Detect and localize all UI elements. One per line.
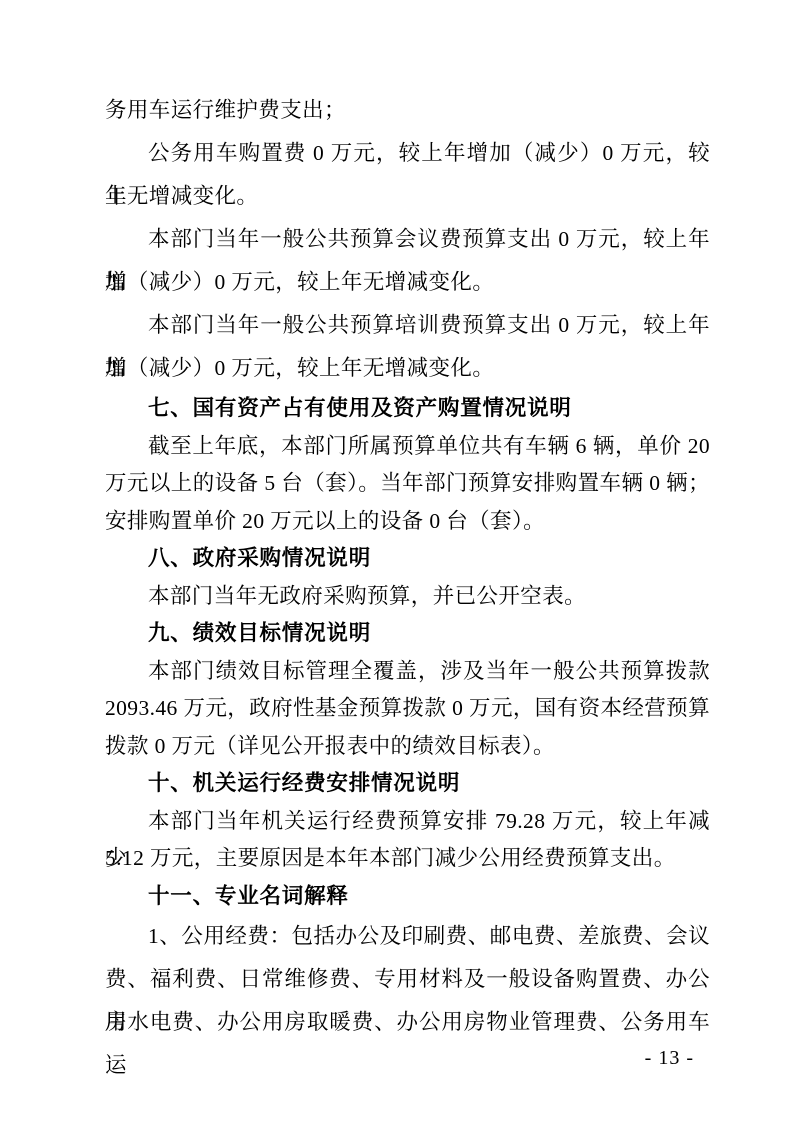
document-page: 务用车运行维护费支出；公务用车购置费 0 万元，较上年增加（减少）0 万元，较上… (0, 0, 793, 1122)
text-line: 2093.46 万元，政府性基金预算拨款 0 万元，国有资本经营预算 (105, 690, 710, 728)
text-line: 安排购置单价 20 万元以上的设备 0 台（套）。 (105, 503, 710, 541)
text-line: 5.12 万元，主要原因是本年本部门减少公用经费预算支出。 (105, 840, 710, 878)
section-heading: 九、绩效目标情况说明 (105, 615, 710, 653)
page-number: - 13 - (105, 1045, 694, 1071)
document-body: 务用车运行维护费支出；公务用车购置费 0 万元，较上年增加（减少）0 万元，较上… (105, 89, 710, 1071)
text-line: 本部门绩效目标管理全覆盖，涉及当年一般公共预算拨款 (105, 653, 710, 691)
text-line: 本部门当年一般公共预算会议费预算支出 0 万元，较上年增 (105, 218, 710, 261)
text-line: 年无增减变化。 (105, 175, 710, 218)
text-line: 加（减少）0 万元，较上年无增减变化。 (105, 347, 710, 390)
text-line: 房水电费、办公用房取暖费、办公用房物业管理费、公务用车运 (105, 1001, 710, 1044)
text-line: 本部门当年机关运行经费预算安排 79.28 万元，较上年减少 (105, 803, 710, 841)
text-line: 加（减少）0 万元，较上年无增减变化。 (105, 261, 710, 304)
text-line: 费、福利费、日常维修费、专用材料及一般设备购置费、办公用 (105, 958, 710, 1001)
text-line: 务用车运行维护费支出； (105, 89, 710, 132)
text-line: 本部门当年无政府采购预算，并已公开空表。 (105, 578, 710, 616)
text-line: 公务用车购置费 0 万元，较上年增加（减少）0 万元，较上 (105, 132, 710, 175)
text-line: 万元以上的设备 5 台（套）。当年部门预算安排购置车辆 0 辆； (105, 465, 710, 503)
section-heading: 七、国有资产占有使用及资产购置情况说明 (105, 390, 710, 428)
section-heading: 十一、专业名词解释 (105, 878, 710, 916)
text-line: 1、公用经费：包括办公及印刷费、邮电费、差旅费、会议 (105, 915, 710, 958)
section-heading: 八、政府采购情况说明 (105, 540, 710, 578)
text-line: 拨款 0 万元（详见公开报表中的绩效目标表）。 (105, 728, 710, 766)
text-line: 本部门当年一般公共预算培训费预算支出 0 万元，较上年增 (105, 304, 710, 347)
text-line: 截至上年底，本部门所属预算单位共有车辆 6 辆，单价 20 (105, 428, 710, 466)
section-heading: 十、机关运行经费安排情况说明 (105, 765, 710, 803)
